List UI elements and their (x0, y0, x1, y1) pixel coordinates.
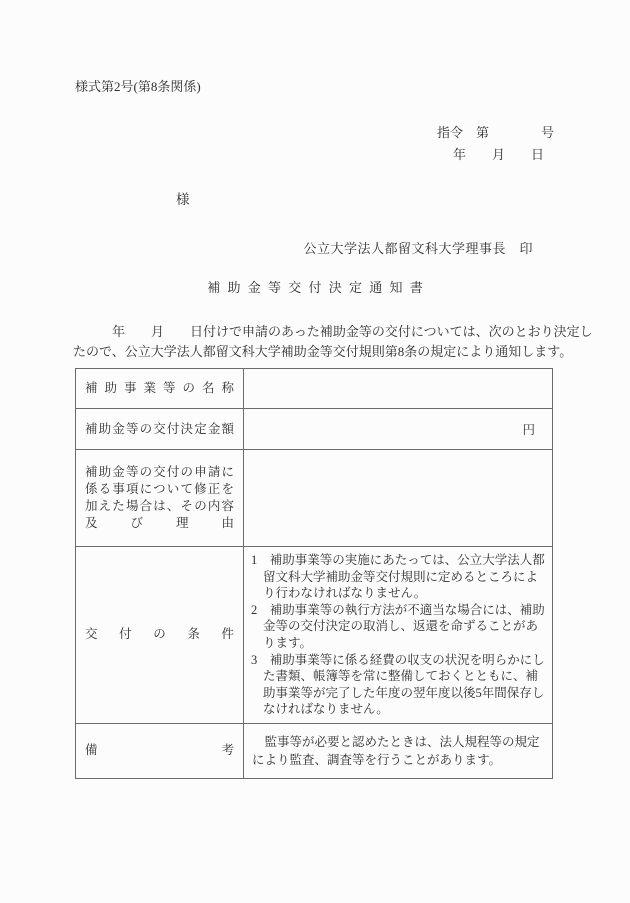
modification-value (244, 450, 553, 547)
table-row-remarks: 備考 監事等が必要と認めたときは、法人規程等の規定により監査、調査等を行うことが… (76, 723, 553, 778)
conditions-label: 交付の条件 (76, 547, 244, 724)
recipient-honorific: 様 (176, 188, 190, 208)
grant-amount-label: 補助金等の交付決定金額 (76, 409, 244, 450)
grant-amount-unit: 円 (244, 409, 553, 450)
intro-line-2: たので、公立大学法人都留文科大学補助金等交付規則第8条の規定により通知します。 (73, 342, 593, 362)
intro-line-1: 年 月 日付けで申請のあった補助金等の交付については、次のとおり決定し (73, 322, 593, 342)
grant-notice-table: 補助事業等の名称 補助金等の交付決定金額 円 補助金等の交付の申請に係る事項につ… (75, 368, 553, 779)
project-name-label: 補助事業等の名称 (76, 369, 244, 409)
document-page: 様式第2号(第8条関係) 指令 第 号 年 月 日 様 公立大学法人都留文科大学… (0, 0, 630, 903)
table-row-conditions: 交付の条件 1 補助事業等の実施にあたっては、公立大学法人都留文科大学補助金等交… (76, 547, 553, 724)
project-name-value (244, 369, 553, 409)
table-row-project-name: 補助事業等の名称 (76, 369, 553, 409)
conditions-value: 1 補助事業等の実施にあたっては、公立大学法人都留文科大学補助金等交付規則に定め… (244, 547, 553, 724)
directive-block: 指令 第 号 年 月 日 (437, 122, 554, 166)
directive-date-line: 年 月 日 (437, 144, 554, 166)
condition-item-2: 2 補助事業等の執行方法が不適当な場合には、補助金等の交付決定の取消し、返還を命… (251, 602, 546, 652)
remarks-value: 監事等が必要と認めたときは、法人規程等の規定により監査、調査等を行うことがありま… (244, 723, 553, 778)
document-title: 補 助 金 等 交 付 決 定 通 知 書 (0, 277, 630, 296)
condition-item-1: 1 補助事業等の実施にあたっては、公立大学法人都留文科大学補助金等交付規則に定め… (251, 552, 546, 602)
condition-item-3: 3 補助事業等に係る経費の収支の状況を明らかにした書類、帳簿等を常に整備しておく… (251, 652, 546, 718)
modification-label: 補助金等の交付の申請に係る事項について修正を加えた場合は、その内容及び理由 (76, 450, 244, 547)
form-number-label: 様式第2号(第8条関係) (75, 76, 201, 95)
remarks-label: 備考 (76, 723, 244, 778)
intro-paragraph: 年 月 日付けで申請のあった補助金等の交付については、次のとおり決定し たので、… (73, 322, 593, 362)
table-row-modification: 補助金等の交付の申請に係る事項について修正を加えた場合は、その内容及び理由 (76, 450, 553, 547)
issuer-signature: 公立大学法人都留文科大学理事長 印 (303, 238, 533, 257)
directive-number-line: 指令 第 号 (437, 122, 554, 144)
table-row-grant-amount: 補助金等の交付決定金額 円 (76, 409, 553, 450)
